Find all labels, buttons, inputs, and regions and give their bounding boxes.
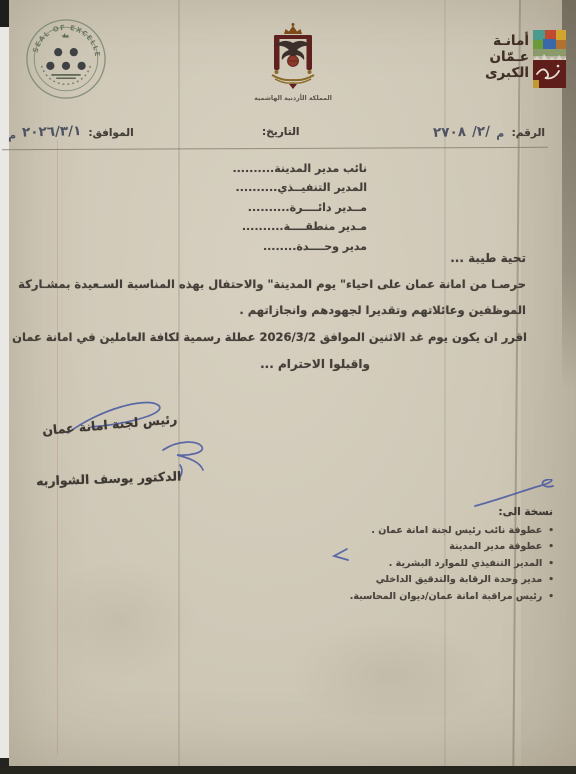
reference-number-label: الرقم:: [512, 127, 545, 139]
addressee-item: نائب مدير المدينة..........: [205, 159, 367, 178]
cc-item: • مدير وحدة الرقابة والتدقيق الداخلي: [350, 572, 554, 588]
page-fold-tint: [521, 0, 576, 766]
corresponding-label: الموافق:: [88, 127, 133, 139]
cc-pen-scribble-icon: [473, 479, 565, 509]
cc-checkmark-icon: [330, 546, 350, 566]
cc-item-label: المدير التنفيذي للموارد البشرية .: [389, 556, 542, 571]
addressee-item: مـدير منطقــــة..........: [205, 217, 367, 236]
cc-item: • عطوفة نائب رئيس لجنة امانة عمان .: [350, 523, 554, 539]
body-line-1: حرصـا من امانة عمان على احياء" يوم المدي…: [18, 277, 526, 291]
cc-item: • عطوفة مدير المدينة: [350, 539, 554, 555]
bullet-icon: •: [548, 524, 554, 539]
reference-number-field: ٢٧٠٨ /٢/ م الرقم:: [433, 124, 545, 140]
body-line-3: اقرر ان يكون يوم غد الاثنين الموافق 2026…: [12, 330, 527, 344]
scan-corner-dark: [0, 0, 9, 27]
body-line-2: الموظفين وعائلاتهم وتقديرا لجهودهم وانجا…: [239, 303, 526, 317]
corresponding-date-field: م ٢٠٢٦/٣/١ الموافق:: [8, 124, 134, 140]
cc-item-label: مدير وحدة الرقابة والتدقيق الداخلي: [376, 572, 542, 587]
addressee-item: المدير التنفيــذي..........: [205, 178, 367, 197]
bullet-icon: •: [548, 557, 554, 572]
date-label: التاريخ:: [262, 126, 300, 138]
greeting: تحية طيبة ...: [450, 251, 526, 265]
scan-edge-bottom: [0, 767, 576, 774]
paper-stain: [290, 620, 490, 730]
cc-item-label: عطوفة مدير المدينة: [449, 539, 542, 554]
closing-salutation: واقبلوا الاحترام ...: [260, 357, 370, 371]
cc-item-label: رئيس مراقبة امانة عمان/ديوان المحاسبة.: [350, 589, 542, 604]
scanned-letter: SEAL OF EXCELLENCE المملكة الأ: [0, 0, 576, 774]
municipality-name-line: عـمّان: [485, 49, 529, 65]
cc-header: نسخة الى:: [498, 506, 553, 518]
svg-text:SEAL OF EXCELLENCE: SEAL OF EXCELLENCE: [24, 17, 101, 58]
jordan-coat-of-arms-icon: [262, 22, 324, 90]
municipality-name: أمانـة عـمّان الكبرى: [485, 33, 529, 81]
addressee-item: مــدير دائــــرة..........: [205, 198, 367, 217]
municipality-name-line: الكبرى: [485, 65, 529, 81]
amman-municipality-logo-icon: [533, 30, 566, 92]
excellence-seal-icon: SEAL OF EXCELLENCE: [24, 17, 108, 101]
bullet-icon: •: [548, 573, 554, 588]
municipality-name-line: أمانـة: [485, 33, 529, 49]
reference-number-handwritten: ٢٧٠٨ /٢/ م: [433, 123, 505, 141]
addressee-list: نائب مدير المدينة.......... المدير التنف…: [205, 159, 367, 256]
paper-stain: [40, 560, 200, 680]
kingdom-caption: المملكة الأردنية الهاشمية: [240, 95, 346, 102]
bullet-icon: •: [548, 540, 554, 555]
bullet-icon: •: [548, 590, 554, 605]
cc-item: • المدير التنفيذي للموارد البشرية .: [350, 556, 554, 572]
addressee-item: مدير وحــــدة........: [205, 237, 367, 256]
corresponding-date-handwritten: م ٢٠٢٦/٣/١: [8, 123, 82, 141]
cc-item-label: عطوفة نائب رئيس لجنة امانة عمان .: [371, 523, 542, 538]
cc-item: • رئيس مراقبة امانة عمان/ديوان المحاسبة.: [350, 589, 554, 605]
cc-list: • عطوفة نائب رئيس لجنة امانة عمان . • عط…: [350, 523, 554, 605]
